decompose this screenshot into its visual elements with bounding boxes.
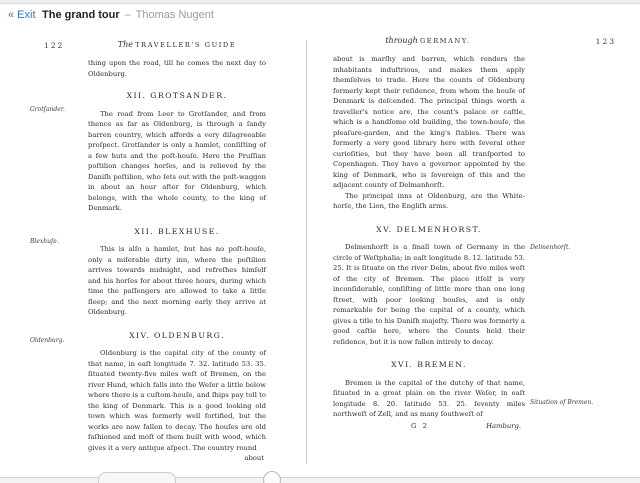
right-page-number: 123 [596,37,616,48]
paragraph-blexhuse: This is alſo a hamlet, but has no poſt-h… [88,244,266,318]
continuation-paragraph: thing upon the road, till he comes the n… [88,58,266,79]
running-title-caps: Germany. [420,37,471,45]
paragraph-bremen: Bremen is the capital of the dutchy of t… [333,378,525,420]
toolbar-title: The grand tour – Thomas Nugent [42,9,214,21]
left-page-number: 122 [44,41,64,52]
book-author: Thomas Nugent [136,9,214,21]
signature-mark: G 2 [411,421,429,432]
left-page-header: 122 The Traveller's Guide [30,40,274,54]
running-title-caps: Traveller's Guide [135,41,236,49]
right-page-text-column: about is marſhy and barren, which render… [333,54,525,432]
section-heading-delmenhorst: XV. Delmenhorst. [333,225,525,236]
section-heading-blexhuse: XII. Blexhuse. [88,227,266,238]
title-separator: – [123,9,133,21]
margin-note-situation-bremen: Situation of Bremen. [530,399,602,407]
section-heading-grotsander: XII. Grotsander. [88,91,266,102]
page-footer-line: G 2 Hamburg. [333,421,525,432]
running-title-lead: The [118,40,133,49]
nav-slider-handle[interactable] [263,471,281,483]
margin-note-delmenhorst: Delmenhorſt. [530,244,602,252]
section-heading-bremen: XVI. Bremen. [333,360,525,371]
right-page: through Germany. 123 Delmenhorſt. Situat… [332,36,618,432]
page-gutter-line [306,40,307,464]
right-running-title: through Germany. [332,36,524,47]
reader-screen: « Exit The grand tour – Thomas Nugent 12… [0,0,640,483]
left-page-text-column: thing upon the road, till he comes the n… [88,58,266,464]
reader-nav-track[interactable] [0,477,640,483]
paragraph-delmenhorst: Delmenhorſt is a ſmall town of Germany i… [333,242,525,347]
exit-link[interactable]: « Exit [8,9,36,21]
margin-note-blexhuse: Blexhuſe. [30,238,86,246]
right-catchword: Hamburg. [486,421,521,432]
nav-page-indicator-pill[interactable] [98,472,176,483]
reader-toolbar: « Exit The grand tour – Thomas Nugent [0,4,640,26]
continuation-paragraph: about is marſhy and barren, which render… [333,54,525,191]
left-running-title: The Traveller's Guide [88,40,266,51]
right-page-header: through Germany. 123 [332,36,618,50]
left-catchword: about [88,453,266,464]
paragraph-oldenburg: Oldenburg is the capital city of the cou… [88,348,266,453]
margin-note-oldenburg: Oldenburg. [30,337,86,345]
margin-note-grotsander: Grotſander. [30,106,86,114]
running-title-lead: through [385,36,417,45]
left-page: 122 The Traveller's Guide Grotſander. Bl… [30,40,274,464]
paragraph-grotsander: The road from Leer to Grotſander, and fr… [88,109,266,214]
book-title: The grand tour [42,9,120,21]
section-heading-oldenburg: XIV. Oldenburg. [88,331,266,342]
paragraph-inns: The principal inns at Oldenburg, are the… [333,191,525,212]
